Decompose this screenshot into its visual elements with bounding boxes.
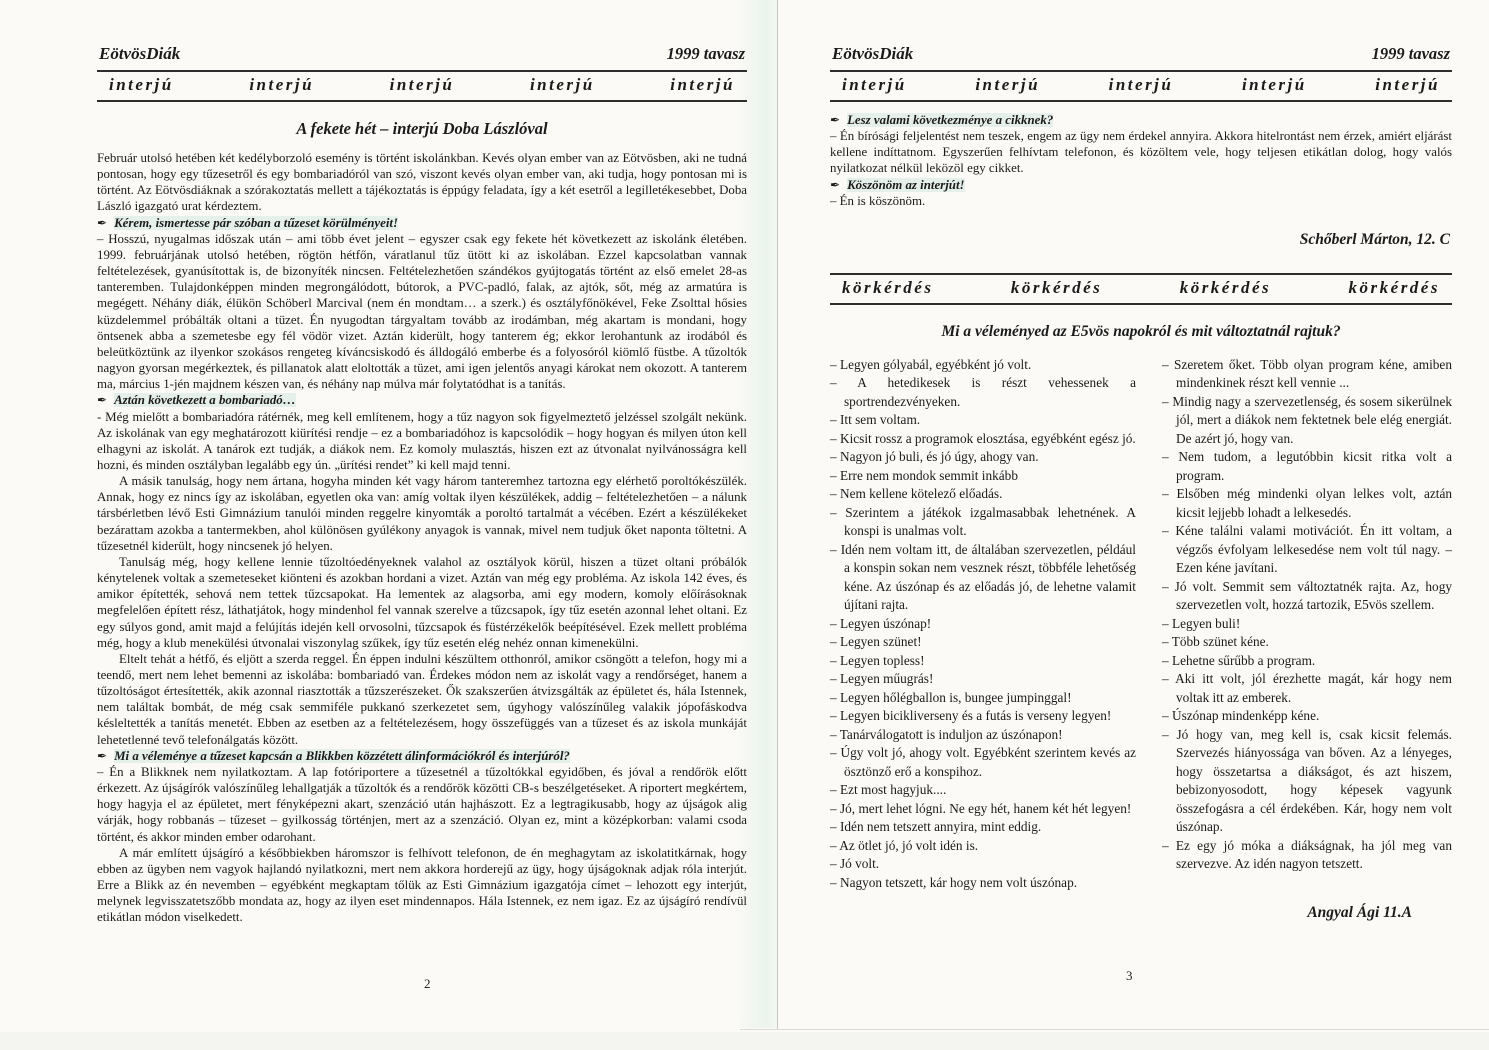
interview-question: ✒Mi a véleménye a tűzeset kapcsán a Blik… xyxy=(97,748,747,764)
survey-question-title: Mi a véleményed az E5vös napokról és mit… xyxy=(830,323,1452,341)
survey-answer: – Több szünet kéne. xyxy=(1162,633,1452,652)
banner-word: interjú xyxy=(1109,75,1174,95)
banner-word: körkérdés xyxy=(1180,278,1271,298)
article-paragraph: Eltelt tehát a hétfő, és eljött a szerda… xyxy=(97,651,747,748)
masthead-title: EötvösDiák xyxy=(99,44,180,64)
survey-answer: – Kicsit rossz a programok elosztása, eg… xyxy=(830,430,1136,449)
scan-bottom-edge xyxy=(0,1032,1489,1050)
article-paragraph: – Én is köszönöm. xyxy=(830,193,1452,209)
banner-word: interjú xyxy=(249,75,314,95)
article-title: A fekete hét – interjú Doba Lászlóval xyxy=(97,119,747,139)
right-page-header: EötvösDiák 1999 tavasz xyxy=(830,44,1452,70)
survey-answer: – Elsőben még mindenki olyan lelkes volt… xyxy=(1162,485,1452,522)
article-paragraph: – Hosszú, nyugalmas időszak után – ami t… xyxy=(97,231,747,393)
question-text: Lesz valami következménye a cikknek? xyxy=(847,113,1053,127)
survey-answer: – Jó, mert lehet lógni. Ne egy hét, hane… xyxy=(830,800,1136,819)
survey-answer: – Aki itt volt, jól érezhette magát, kár… xyxy=(1162,670,1452,707)
interview-question: ✒Kérem, ismertesse pár szóban a tűzeset … xyxy=(97,215,747,231)
pen-icon: ✒ xyxy=(97,393,107,407)
banner-word: interjú xyxy=(670,75,735,95)
survey-answer: – Erre nem mondok semmit inkább xyxy=(830,467,1136,486)
survey-answer: – Legyen hőlégballon is, bungee jumpingg… xyxy=(830,689,1136,708)
survey-answer: – Legyen bicikliverseny és a futás is ve… xyxy=(830,707,1136,726)
question-text: Köszönöm az interjút! xyxy=(847,178,965,192)
section-banner-interju: interjúinterjúinterjúinterjúinterjú xyxy=(830,70,1452,102)
article-paragraph: Február utolsó hetében két kedélyborzoló… xyxy=(97,150,747,215)
survey-answer: – Szeretem őket. Több olyan program kéne… xyxy=(1162,356,1452,393)
survey-answer: – Az ötlet jó, jó volt idén is. xyxy=(830,837,1136,856)
survey-answer: – Ez egy jó móka a diákságnak, ha jól me… xyxy=(1162,837,1452,874)
section-banner-korkerdes: körkérdéskörkérdéskörkérdéskörkérdés xyxy=(830,273,1452,305)
survey-answer: – Legyen topless! xyxy=(830,652,1136,671)
survey-answer: – Itt sem voltam. xyxy=(830,411,1136,430)
interview-question: ✒Köszönöm az interjút! xyxy=(830,177,1452,193)
article-body: Február utolsó hetében két kedélyborzoló… xyxy=(97,150,747,926)
article-paragraph: – Én bírósági feljelentést nem teszek, e… xyxy=(830,128,1452,176)
left-page: EötvösDiák 1999 tavasz interjúinterjúint… xyxy=(97,44,747,926)
page-number-left: 2 xyxy=(424,976,431,992)
question-text: Mi a véleménye a tűzeset kapcsán a Blikk… xyxy=(114,749,570,763)
survey-column-right: – Szeretem őket. Több olyan program kéne… xyxy=(1162,356,1452,923)
banner-word: interjú xyxy=(109,75,174,95)
interview-question: ✒Lesz valami következménye a cikknek? xyxy=(830,112,1452,128)
survey-answer: – Ezt most hagyjuk.... xyxy=(830,781,1136,800)
survey-answer: – Legyen buli! xyxy=(1162,615,1452,634)
article-paragraph: Tanulság még, hogy kellene lennie tűzolt… xyxy=(97,554,747,651)
page-number-right: 3 xyxy=(1126,968,1133,984)
article-paragraph: A már említett újságíró a későbbiekben h… xyxy=(97,845,747,926)
pen-icon: ✒ xyxy=(830,113,840,127)
survey-answer: – Jó volt. xyxy=(830,855,1136,874)
interview-ending: ✒Lesz valami következménye a cikknek?– É… xyxy=(830,112,1452,209)
question-text: Aztán következett a bombariadó… xyxy=(114,393,296,407)
masthead-title: EötvösDiák xyxy=(832,44,913,64)
pen-icon: ✒ xyxy=(97,749,107,763)
interview-signature: Schőberl Márton, 12. C xyxy=(830,231,1450,249)
survey-column-right-items: – Szeretem őket. Több olyan program kéne… xyxy=(1162,356,1452,874)
survey-answer: – Jó volt. Semmit sem változtatnék rajta… xyxy=(1162,578,1452,615)
survey-signature: Angyal Ági 11.A xyxy=(1162,904,1412,923)
survey-column-left: – Legyen gólyabál, egyébként jó volt.– A… xyxy=(830,356,1136,923)
survey-answer: – Jó hogy van, meg kell is, csak kicsit … xyxy=(1162,726,1452,837)
banner-word: körkérdés xyxy=(1011,278,1102,298)
survey-answer: – Mindig nagy a szervezetlenség, és sose… xyxy=(1162,393,1452,449)
article-paragraph: - Még mielőtt a bombariadóra rátérnék, m… xyxy=(97,409,747,474)
survey-answer: – Nem kellene kötelező előadás. xyxy=(830,485,1136,504)
section-banner-interju: interjúinterjúinterjúinterjúinterjú xyxy=(97,70,747,102)
issue-date: 1999 tavasz xyxy=(667,44,745,64)
survey-answer: – Legyen gólyabál, egyébként jó volt. xyxy=(830,356,1136,375)
survey-answer: – Idén nem voltam itt, de általában szer… xyxy=(830,541,1136,615)
right-page: EötvösDiák 1999 tavasz interjúinterjúint… xyxy=(830,44,1452,922)
scanned-newspaper-spread: EötvösDiák 1999 tavasz interjúinterjúint… xyxy=(0,0,1489,1050)
survey-answer: – Szerintem a játékok izgalmasabbak lehe… xyxy=(830,504,1136,541)
survey-answer: – Legyen műugrás! xyxy=(830,670,1136,689)
banner-word: körkérdés xyxy=(1349,278,1440,298)
survey-answer: – Legyen úszónap! xyxy=(830,615,1136,634)
pen-icon: ✒ xyxy=(97,216,107,230)
survey-answer: – Tanárválogatott is induljon az úszónap… xyxy=(830,726,1136,745)
survey-answer: – Nem tudom, a legutóbbin kicsit ritka v… xyxy=(1162,448,1452,485)
banner-word: interjú xyxy=(1242,75,1307,95)
banner-word: interjú xyxy=(975,75,1040,95)
survey-answer: – Idén nem tetszett annyira, mint eddig. xyxy=(830,818,1136,837)
survey-answer: – Kéne találni valami motivációt. Én itt… xyxy=(1162,522,1452,578)
survey-answer: – Nagyon tetszett, kár hogy nem volt úsz… xyxy=(830,874,1136,893)
survey-answer: – Legyen szünet! xyxy=(830,633,1136,652)
page-bottom-edge-line xyxy=(740,1029,1489,1030)
page-gutter-line xyxy=(777,0,778,1030)
banner-word: interjú xyxy=(842,75,907,95)
interview-question: ✒Aztán következett a bombariadó… xyxy=(97,392,747,408)
banner-word: interjú xyxy=(1375,75,1440,95)
survey-answer: – Nagyon jó buli, és jó úgy, ahogy van. xyxy=(830,448,1136,467)
left-page-header: EötvösDiák 1999 tavasz xyxy=(97,44,747,70)
survey-answer: – Lehetne sűrűbb a program. xyxy=(1162,652,1452,671)
banner-word: interjú xyxy=(530,75,595,95)
issue-date: 1999 tavasz xyxy=(1372,44,1450,64)
survey-answer: – A hetedikesek is részt vehessenek a sp… xyxy=(830,374,1136,411)
survey-columns: – Legyen gólyabál, egyébként jó volt.– A… xyxy=(830,356,1452,923)
question-text: Kérem, ismertesse pár szóban a tűzeset k… xyxy=(114,216,398,230)
pen-icon: ✒ xyxy=(830,178,840,192)
survey-answer: – Úszónap mindenképp kéne. xyxy=(1162,707,1452,726)
article-paragraph: – Én a Blikknek nem nyilatkoztam. A lap … xyxy=(97,764,747,845)
article-paragraph: A másik tanulság, hogy nem ártana, hogyh… xyxy=(97,473,747,554)
survey-answer: – Úgy volt jó, ahogy volt. Egyébként sze… xyxy=(830,744,1136,781)
banner-word: körkérdés xyxy=(842,278,933,298)
banner-word: interjú xyxy=(390,75,455,95)
